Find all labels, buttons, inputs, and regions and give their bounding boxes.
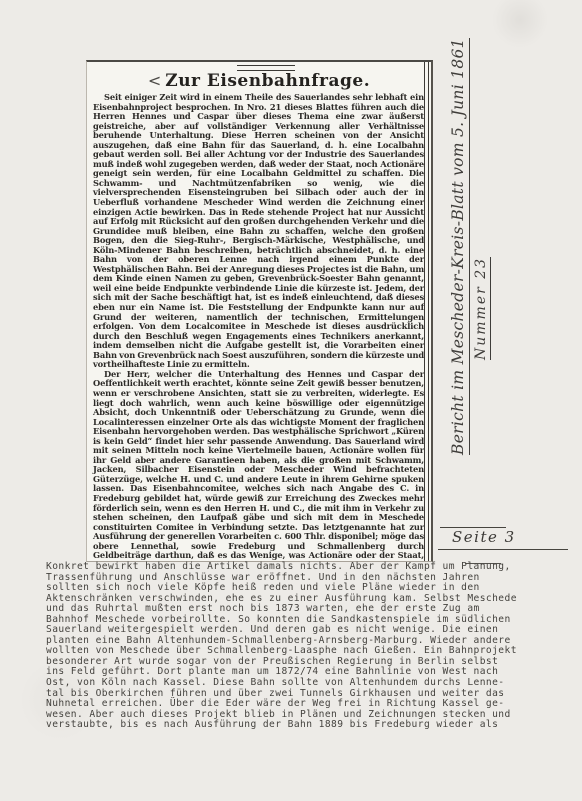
article-paragraph-1: Seit einiger Zeit wird in einem Theile d… bbox=[93, 93, 424, 370]
article-paragraph-2: Der Herr, welcher die Unterhaltung des H… bbox=[93, 370, 424, 562]
handwritten-arrow-mark: < bbox=[148, 71, 161, 90]
article-body: Seit einiger Zeit wird in einem Theile d… bbox=[87, 91, 431, 562]
source-note: Bericht im Mescheder-Kreis-Blatt vom 5. … bbox=[449, 38, 470, 455]
newspaper-clipping: <Zur Eisenbahnfrage. Seit einiger Zeit w… bbox=[86, 60, 433, 562]
scanned-page: { "clipping": { "handwritten_mark": "<",… bbox=[0, 0, 582, 801]
handwritten-margin-note: Bericht im Mescheder-Kreis-Blatt vom 5. … bbox=[448, 107, 500, 455]
newspaper-column-rule bbox=[424, 62, 429, 561]
page-number-note: Seite 3 bbox=[452, 528, 516, 546]
article-title: Zur Eisenbahnfrage. bbox=[165, 71, 370, 91]
typed-commentary: Konkret bewirkt haben die Artikel damals… bbox=[46, 562, 558, 731]
issue-number-note: Nummer 23 bbox=[473, 257, 491, 360]
rule-below-page-note bbox=[438, 549, 568, 550]
article-header: <Zur Eisenbahnfrage. bbox=[87, 71, 431, 91]
